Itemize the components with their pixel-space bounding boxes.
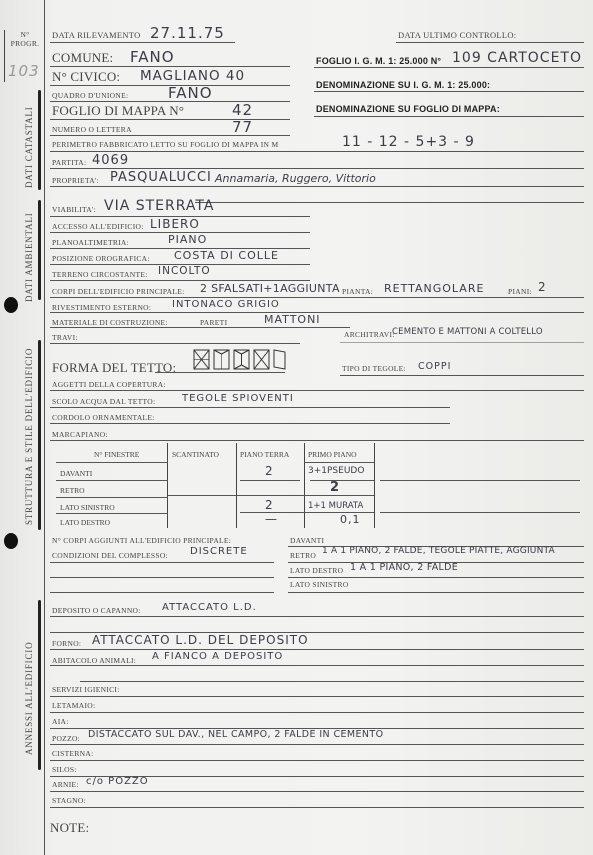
roof-option-capanna-icon[interactable] (214, 350, 229, 369)
foglio-mappa-value[interactable]: 42 (232, 101, 253, 119)
rule (50, 42, 235, 43)
section-label-catastali: DATI CATASTALI (24, 106, 34, 188)
silos-label: SILOS: (52, 765, 77, 774)
lato-destro-label: LATO DESTRO (290, 566, 343, 575)
rule (50, 649, 584, 650)
rule (380, 512, 580, 513)
rule (50, 696, 584, 697)
condizioni-label: CONDIZIONI DEL COMPLESSO: (52, 551, 168, 560)
rule (380, 480, 580, 481)
section-label-annessi: ANNESSI ALL'EDIFICIO (24, 642, 34, 755)
header-piano-terra: PIANO TERRA (240, 450, 289, 459)
cisterna-label: CISTERNA: (52, 749, 93, 758)
col-divider (167, 443, 168, 528)
rule (50, 390, 584, 391)
plano-value[interactable]: PIANO (168, 233, 207, 246)
marcapiano-label: MARCAPIANO: (52, 430, 108, 439)
rule (50, 616, 584, 617)
rule (50, 712, 584, 713)
rule (50, 297, 584, 298)
roof-option-padiglione-lungo-icon[interactable] (234, 350, 249, 369)
row-label-davanti: DAVANTI (60, 469, 92, 478)
rule (288, 592, 584, 593)
aggetti-label: AGGETTI DELLA COPERTURA: (52, 380, 166, 389)
piani-value[interactable]: 2 (538, 280, 547, 294)
foglio-mappa-label: FOGLIO DI MAPPA N° (52, 103, 184, 119)
rule (50, 791, 584, 792)
architravi-label: ARCHITRAVI: (344, 330, 395, 339)
davanti-primo[interactable]: 3+1PSEUDO (308, 466, 364, 476)
progr-value: 103 (8, 62, 40, 80)
rule (50, 327, 350, 328)
condizioni-value[interactable]: DISCRETE (190, 546, 248, 557)
quadro-value[interactable]: FANO (168, 84, 213, 102)
viabilita-label: VIABILITA': (52, 205, 96, 214)
rule (314, 116, 584, 117)
survey-form-page: N° PROGR. 103 DATI CATASTALI DATI AMBIEN… (0, 0, 593, 855)
retro-primo[interactable]: 2 (330, 480, 340, 495)
davanti-label: DAVANTI (290, 536, 324, 545)
den-mappa-label: DENOMINAZIONE SU FOGLIO DI MAPPA: (316, 104, 500, 114)
civico-value[interactable]: MAGLIANO 40 (140, 68, 245, 84)
brace-catastali (38, 90, 41, 190)
proprieta-value[interactable]: PASQUALUCCI (110, 170, 212, 185)
rule (50, 151, 584, 152)
scolo-label: SCOLO ACQUA DAL TETTO: (52, 397, 155, 406)
roof-option-falda-icon[interactable] (274, 350, 285, 369)
row-label-lato-destro: LATO DESTRO (60, 518, 110, 527)
row-label-lato-sinistro: LATO SINISTRO (60, 503, 115, 512)
accesso-label: ACCESSO ALL'EDIFICIO: (52, 222, 144, 231)
arnie-value[interactable]: c/o POZZO (86, 776, 149, 787)
rule (195, 202, 584, 203)
brace-ambientali (38, 200, 41, 300)
pianta-value[interactable]: RETTANGOLARE (384, 282, 484, 295)
igm-value[interactable]: 109 CARTOCETO (452, 50, 582, 66)
comune-value[interactable]: FANO (130, 48, 175, 66)
lato-sinistro-primo[interactable]: 1+1 MURATA (308, 501, 363, 511)
piani-label: PIANI: (508, 287, 532, 296)
terreno-label: TERRENO CIRCOSTANTE: (52, 270, 148, 279)
rule (56, 480, 168, 481)
rule (50, 592, 274, 593)
row-label-retro: RETRO (60, 486, 85, 495)
rule (310, 480, 374, 481)
rule (56, 513, 168, 514)
rule (340, 342, 584, 343)
rule (50, 665, 584, 666)
viabilita-value[interactable]: VIA STERRATA (104, 198, 214, 214)
rivestimento-label: RIVESTIMENTO ESTERNO: (52, 303, 151, 312)
aia-label: AIA: (52, 717, 69, 726)
tegole-value[interactable]: COPPI (418, 361, 451, 372)
travi-label: TRAVI: (52, 333, 78, 342)
col-divider (374, 443, 375, 528)
quadro-label: QUADRO D'UNIONE: (52, 91, 128, 100)
binder-hole (4, 297, 18, 313)
den-igm-label: DENOMINAZIONE SU I. G. M. 1: 25.000: (316, 80, 490, 90)
posizione-label: POSIZIONE OROGRAFICA: (52, 254, 150, 263)
comune-label: COMUNE: (52, 50, 113, 66)
rule (168, 495, 374, 496)
brace-annessi (38, 600, 41, 770)
col-divider (236, 443, 237, 528)
plano-label: PLANOALTIMETRIA: (52, 238, 129, 247)
rule (50, 135, 290, 136)
rule (50, 186, 584, 187)
lato-destro-primo[interactable]: 0,1 (340, 513, 361, 526)
lato-sinistro-label: LATO SINISTRO (290, 580, 349, 589)
note-label: NOTE: (50, 820, 89, 836)
brace-struttura (38, 340, 41, 530)
rule (50, 168, 584, 169)
rule (50, 744, 584, 745)
cornicione-label: CORDOLO ORNAMENTALE: (52, 413, 155, 422)
rule (50, 760, 584, 761)
rule (50, 280, 310, 281)
rule (50, 807, 584, 808)
tegole-label: TIPO DI TEGOLE: (342, 364, 406, 373)
rule (340, 375, 584, 376)
rule (80, 681, 584, 682)
retro-value[interactable]: 1 A 1 PIANO, 2 FALDE, TEGOLE PIATTE, AGG… (322, 546, 555, 556)
proprieta-label: PROPRIETA': (52, 176, 99, 185)
rule (50, 562, 274, 563)
rule (288, 577, 584, 578)
perimetro-label: PERIMETRO FABBRICATO LETTO SU FOGLIO DI … (52, 140, 278, 149)
rule (50, 423, 450, 424)
rule (50, 407, 450, 408)
note-field[interactable] (95, 818, 580, 848)
windows-table: N° FINESTRE SCANTINATO PIANO TERRA PRIMO… (50, 440, 580, 530)
proprieta-names[interactable]: Annamaria, Ruggero, Vittorio (215, 172, 376, 185)
abitacolo-value[interactable]: A FIANCO A DEPOSITO (152, 651, 283, 662)
data-rilevamento-value[interactable]: 27.11.75 (150, 24, 225, 42)
roof-shape-options (193, 348, 293, 372)
deposito-value[interactable]: ATTACCATO L.D. (162, 602, 257, 613)
header-primo-piano: PRIMO PIANO (308, 450, 357, 459)
accesso-value[interactable]: LIBERO (150, 217, 200, 231)
rule (56, 462, 168, 463)
margin-line (44, 0, 45, 855)
section-label-struttura: STRUTTURA E STILE DELL'EDIFICIO (24, 348, 34, 525)
progr-box-left (4, 30, 5, 82)
corpi-label: CORPI DELL'EDIFICIO PRINCIPALE: (52, 287, 184, 296)
arnie-label: ARNIE: (52, 780, 79, 789)
posizione-value[interactable]: COSTA DI COLLE (174, 249, 279, 262)
corpi-value[interactable]: 2 SFALSATI+1AGGIUNTA (200, 282, 340, 295)
lato-sinistro-terra[interactable]: 2 (265, 498, 274, 512)
materiale-label: MATERIALE DI COSTRUZIONE: (52, 318, 168, 327)
davanti-terra[interactable]: 2 (265, 464, 274, 478)
abitacolo-label: ABITACOLO ANIMALI: (52, 656, 136, 665)
forno-value[interactable]: ATTACCATO L.D. DEL DEPOSITO (92, 633, 309, 647)
rule (50, 119, 290, 120)
lato-destro-value[interactable]: 1 A 1 PIANO, 2 FALDE (350, 562, 458, 573)
numero-label: NUMERO o LETTERA (52, 125, 132, 134)
servizi-label: SERVIZI IGIENICI: (52, 685, 120, 694)
letamaio-label: LETAMAIO: (52, 701, 95, 710)
pareti-label: PARETI (200, 318, 227, 327)
partita-value[interactable]: 4069 (92, 153, 129, 168)
rule (56, 497, 168, 498)
data-ultimo-controllo-label: DATA ULTIMO CONTROLLO: (398, 30, 516, 40)
rule (396, 42, 584, 43)
roof-option-padiglione-quadrato-icon[interactable] (254, 350, 269, 369)
tetto-label: FORMA DEL TETTO: (52, 360, 176, 376)
progr-label: N° PROGR. (10, 30, 40, 48)
roof-option-padiglione-icon[interactable] (194, 350, 209, 369)
partita-label: PARTITA: (52, 158, 86, 167)
rule (304, 462, 374, 463)
numero-value[interactable]: 77 (232, 118, 253, 136)
col-divider (304, 443, 305, 528)
rule (50, 343, 300, 344)
pozzo-label: POZZO: (52, 734, 80, 743)
lato-destro-terra[interactable]: — (265, 512, 278, 526)
perimetro-value[interactable]: 11 - 12 - 5+3 - 9 (342, 134, 475, 150)
architravi-value[interactable]: CEMENTO E MATTONI A COLTELLO (392, 327, 543, 337)
forno-label: FORNO: (52, 639, 81, 648)
rivestimento-value[interactable]: INTONACO GRIGIO (172, 299, 280, 310)
rule (155, 372, 285, 373)
rule (314, 91, 584, 92)
stagno-label: STAGNO: (52, 796, 86, 805)
binder-hole (4, 533, 18, 549)
terreno-value[interactable]: INCOLTO (158, 265, 211, 277)
data-rilevamento-label: DATA RILEVAMENTO (52, 30, 141, 40)
header-scantinato: SCANTINATO (172, 450, 219, 459)
pozzo-value[interactable]: DISTACCATO SUL DAV., NEL CAMPO, 2 FALDE … (88, 729, 383, 740)
retro-label: RETRO (290, 551, 316, 560)
rule (50, 66, 290, 67)
scolo-value[interactable]: TEGOLE SPIOVENTI (182, 393, 294, 404)
pianta-label: PIANTA: (342, 287, 373, 296)
header-finestre: N° FINESTRE (94, 450, 139, 459)
pareti-value[interactable]: MATTONI (264, 313, 321, 326)
rule (240, 480, 300, 481)
section-label-ambientali: DATI AMBIENTALI (24, 212, 34, 302)
civico-label: N° CIVICO: (52, 69, 120, 85)
corpi-aggiunti-label: N° CORPI AGGIUNTI ALL'EDIFICIO PRINCIPAL… (52, 536, 231, 545)
rule (314, 67, 584, 68)
rule (50, 101, 290, 102)
rule (50, 577, 274, 578)
igm-label: FOGLIO I. G. M. 1: 25.000 N° (316, 56, 441, 66)
deposito-label: DEPOSITO o CAPANNO: (52, 606, 141, 615)
